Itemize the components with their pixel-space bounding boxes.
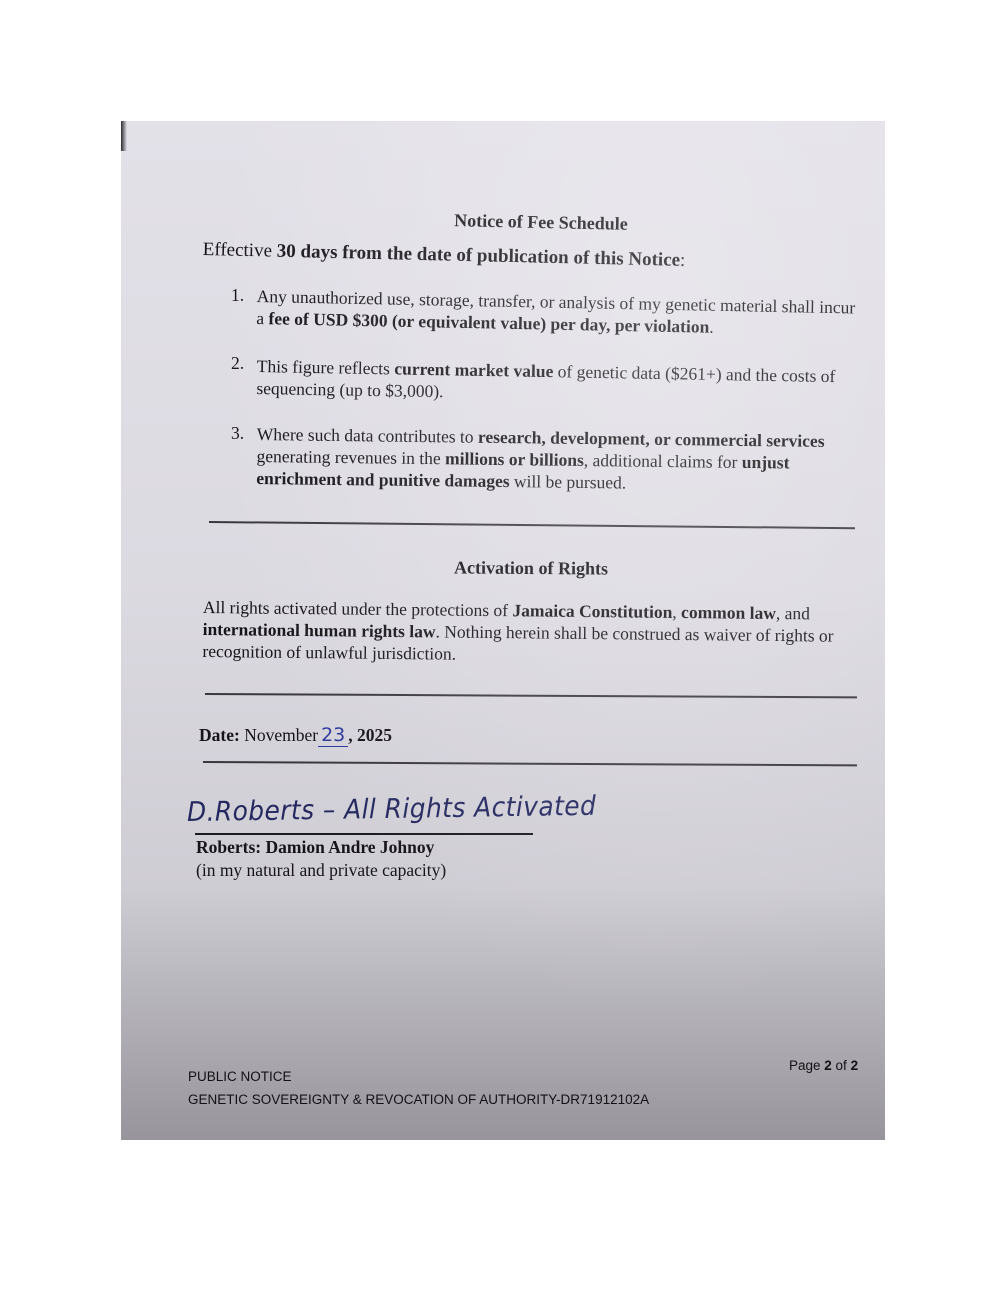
activation-statement: All rights activated under the protectio… bbox=[202, 596, 863, 669]
date-day-handwritten: 23 bbox=[318, 724, 348, 747]
date-year: , 2025 bbox=[348, 725, 392, 745]
list-item-number: 1. bbox=[231, 285, 244, 306]
fee-item-3: Where such data contributes to research,… bbox=[256, 423, 842, 496]
date-label: Date: bbox=[199, 725, 240, 745]
divider bbox=[209, 521, 855, 529]
date-line: Date: November23, 2025 bbox=[199, 724, 499, 746]
divider bbox=[205, 693, 857, 698]
fee-schedule-title: Notice of Fee Schedule bbox=[321, 206, 761, 237]
footer-document-id: GENETIC SOVEREIGNTY & REVOCATION OF AUTH… bbox=[188, 1092, 649, 1107]
effective-statement: Effective 30 days from the date of publi… bbox=[203, 239, 823, 275]
signature-line bbox=[195, 833, 533, 835]
date-month: November bbox=[240, 725, 318, 745]
handwritten-signature: D.Roberts – All Rights Activated bbox=[187, 791, 597, 828]
signatory-name: Roberts: Damion Andre Johnoy bbox=[196, 836, 434, 858]
page-number: Page 2 of 2 bbox=[789, 1058, 858, 1073]
fee-item-2: This figure reflects current market valu… bbox=[256, 355, 842, 409]
activation-title: Activation of Rights bbox=[331, 556, 731, 581]
fee-item-1: Any unauthorized use, storage, transfer,… bbox=[256, 285, 857, 341]
footer-notice-type: PUBLIC NOTICE bbox=[188, 1069, 292, 1084]
signatory-capacity: (in my natural and private capacity) bbox=[196, 859, 446, 881]
list-item-number: 2. bbox=[231, 353, 244, 374]
divider bbox=[203, 761, 857, 766]
document-page: Notice of Fee Schedule Effective 30 days… bbox=[121, 121, 885, 1140]
list-item-number: 3. bbox=[231, 423, 244, 444]
effective-period: 30 days from the date of publication of … bbox=[277, 241, 681, 271]
